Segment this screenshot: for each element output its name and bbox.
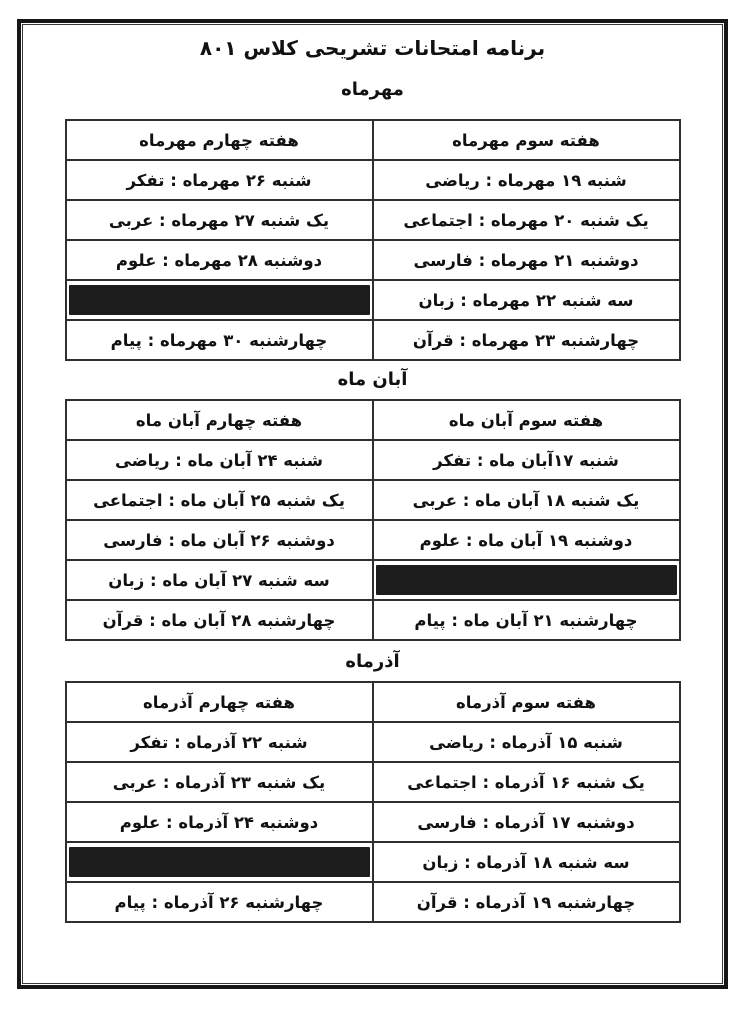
exam-cell: سه شنبه ۱۸ آذرماه : زبان (373, 842, 680, 882)
table-row: یک شنبه ۱۶ آذرماه : اجتماعی یک شنبه ۲۳ آ… (66, 762, 680, 802)
redaction-bar (376, 565, 677, 595)
table-header-row: هفته سوم آذرماه هفته چهارم آذرماه (66, 682, 680, 722)
section-heading-azar: آذرماه (23, 649, 722, 675)
month-section-mehr: مهرماه هفته سوم مهرماه هفته چهارم مهرماه… (23, 77, 722, 361)
table-row: چهارشنبه ۲۳ مهرماه : قرآن چهارشنبه ۳۰ مه… (66, 320, 680, 360)
table-header-row: هفته سوم آبان ماه هفته چهارم آبان ماه (66, 400, 680, 440)
exam-cell: شنبه ۲۶ مهرماه : تفکر (66, 160, 373, 200)
redacted-cell (373, 560, 680, 600)
redaction-bar (69, 285, 370, 315)
exam-cell: شنبه ۲۲ آذرماه : تفکر (66, 722, 373, 762)
redacted-cell (66, 280, 373, 320)
exam-cell: دوشنبه ۲۴ آذرماه : علوم (66, 802, 373, 842)
exam-cell: چهارشنبه ۳۰ مهرماه : پیام (66, 320, 373, 360)
exam-cell: دوشنبه ۱۷ آذرماه : فارسی (373, 802, 680, 842)
exam-cell: یک شنبه ۱۸ آبان ماه : عربی (373, 480, 680, 520)
week3-header: هفته سوم مهرماه (373, 120, 680, 160)
exam-cell: چهارشنبه ۲۶ آذرماه : پیام (66, 882, 373, 922)
redaction-bar (69, 847, 370, 877)
exam-cell: دوشنبه ۲۸ مهرماه : علوم (66, 240, 373, 280)
month-section-aban: آبان ماه هفته سوم آبان ماه هفته چهارم آب… (23, 367, 722, 641)
exam-cell: چهارشنبه ۲۳ مهرماه : قرآن (373, 320, 680, 360)
week4-header: هفته چهارم مهرماه (66, 120, 373, 160)
page-frame-inner-border: برنامه امتحانات تشریحی کلاس ۸۰۱ مهرماه ه… (22, 24, 723, 984)
exam-cell: چهارشنبه ۲۱ آبان ماه : پیام (373, 600, 680, 640)
exam-cell: دوشنبه ۲۶ آبان ماه : فارسی (66, 520, 373, 560)
exam-cell: چهارشنبه ۱۹ آذرماه : قرآن (373, 882, 680, 922)
table-row: چهارشنبه ۲۱ آبان ماه : پیام چهارشنبه ۲۸ … (66, 600, 680, 640)
week4-header: هفته چهارم آبان ماه (66, 400, 373, 440)
table-row: دوشنبه ۱۷ آذرماه : فارسی دوشنبه ۲۴ آذرما… (66, 802, 680, 842)
week3-header: هفته سوم آذرماه (373, 682, 680, 722)
table-row: یک شنبه ۲۰ مهرماه : اجتماعی یک شنبه ۲۷ م… (66, 200, 680, 240)
section-heading-aban: آبان ماه (23, 367, 722, 393)
table-row: دوشنبه ۱۹ آبان ماه : علوم دوشنبه ۲۶ آبان… (66, 520, 680, 560)
exam-cell: سه شنبه ۲۷ آبان ماه : زبان (66, 560, 373, 600)
table-row: سه شنبه ۲۷ آبان ماه : زبان (66, 560, 680, 600)
table-row: شنبه ۱۷آبان ماه : تفکر شنبه ۲۴ آبان ماه … (66, 440, 680, 480)
section-heading-mehr: مهرماه (23, 77, 722, 103)
schedule-table-azar: هفته سوم آذرماه هفته چهارم آذرماه شنبه ۱… (65, 681, 681, 923)
week3-header: هفته سوم آبان ماه (373, 400, 680, 440)
table-row: شنبه ۱۹ مهرماه : ریاضی شنبه ۲۶ مهرماه : … (66, 160, 680, 200)
table-row: سه شنبه ۲۲ مهرماه : زبان (66, 280, 680, 320)
exam-cell: دوشنبه ۲۱ مهرماه : فارسی (373, 240, 680, 280)
exam-cell: شنبه ۱۵ آذرماه : ریاضی (373, 722, 680, 762)
exam-cell: یک شنبه ۲۰ مهرماه : اجتماعی (373, 200, 680, 240)
document-title: برنامه امتحانات تشریحی کلاس ۸۰۱ (23, 25, 722, 63)
table-row: یک شنبه ۱۸ آبان ماه : عربی یک شنبه ۲۵ آب… (66, 480, 680, 520)
exam-cell: شنبه ۱۷آبان ماه : تفکر (373, 440, 680, 480)
table-row: سه شنبه ۱۸ آذرماه : زبان (66, 842, 680, 882)
exam-cell: یک شنبه ۲۷ مهرماه : عربی (66, 200, 373, 240)
table-row: چهارشنبه ۱۹ آذرماه : قرآن چهارشنبه ۲۶ آذ… (66, 882, 680, 922)
exam-cell: شنبه ۲۴ آبان ماه : ریاضی (66, 440, 373, 480)
exam-cell: سه شنبه ۲۲ مهرماه : زبان (373, 280, 680, 320)
exam-cell: یک شنبه ۲۵ آبان ماه : اجتماعی (66, 480, 373, 520)
exam-cell: دوشنبه ۱۹ آبان ماه : علوم (373, 520, 680, 560)
exam-cell: شنبه ۱۹ مهرماه : ریاضی (373, 160, 680, 200)
table-row: دوشنبه ۲۱ مهرماه : فارسی دوشنبه ۲۸ مهرما… (66, 240, 680, 280)
month-section-azar: آذرماه هفته سوم آذرماه هفته چهارم آذرماه… (23, 649, 722, 923)
exam-cell: یک شنبه ۱۶ آذرماه : اجتماعی (373, 762, 680, 802)
document-content: برنامه امتحانات تشریحی کلاس ۸۰۱ مهرماه ه… (23, 25, 722, 983)
schedule-table-mehr: هفته سوم مهرماه هفته چهارم مهرماه شنبه ۱… (65, 119, 681, 361)
schedule-table-aban: هفته سوم آبان ماه هفته چهارم آبان ماه شن… (65, 399, 681, 641)
table-header-row: هفته سوم مهرماه هفته چهارم مهرماه (66, 120, 680, 160)
redacted-cell (66, 842, 373, 882)
exam-cell: چهارشنبه ۲۸ آبان ماه : قرآن (66, 600, 373, 640)
page-frame: برنامه امتحانات تشریحی کلاس ۸۰۱ مهرماه ه… (17, 19, 728, 989)
exam-cell: یک شنبه ۲۳ آذرماه : عربی (66, 762, 373, 802)
table-row: شنبه ۱۵ آذرماه : ریاضی شنبه ۲۲ آذرماه : … (66, 722, 680, 762)
week4-header: هفته چهارم آذرماه (66, 682, 373, 722)
